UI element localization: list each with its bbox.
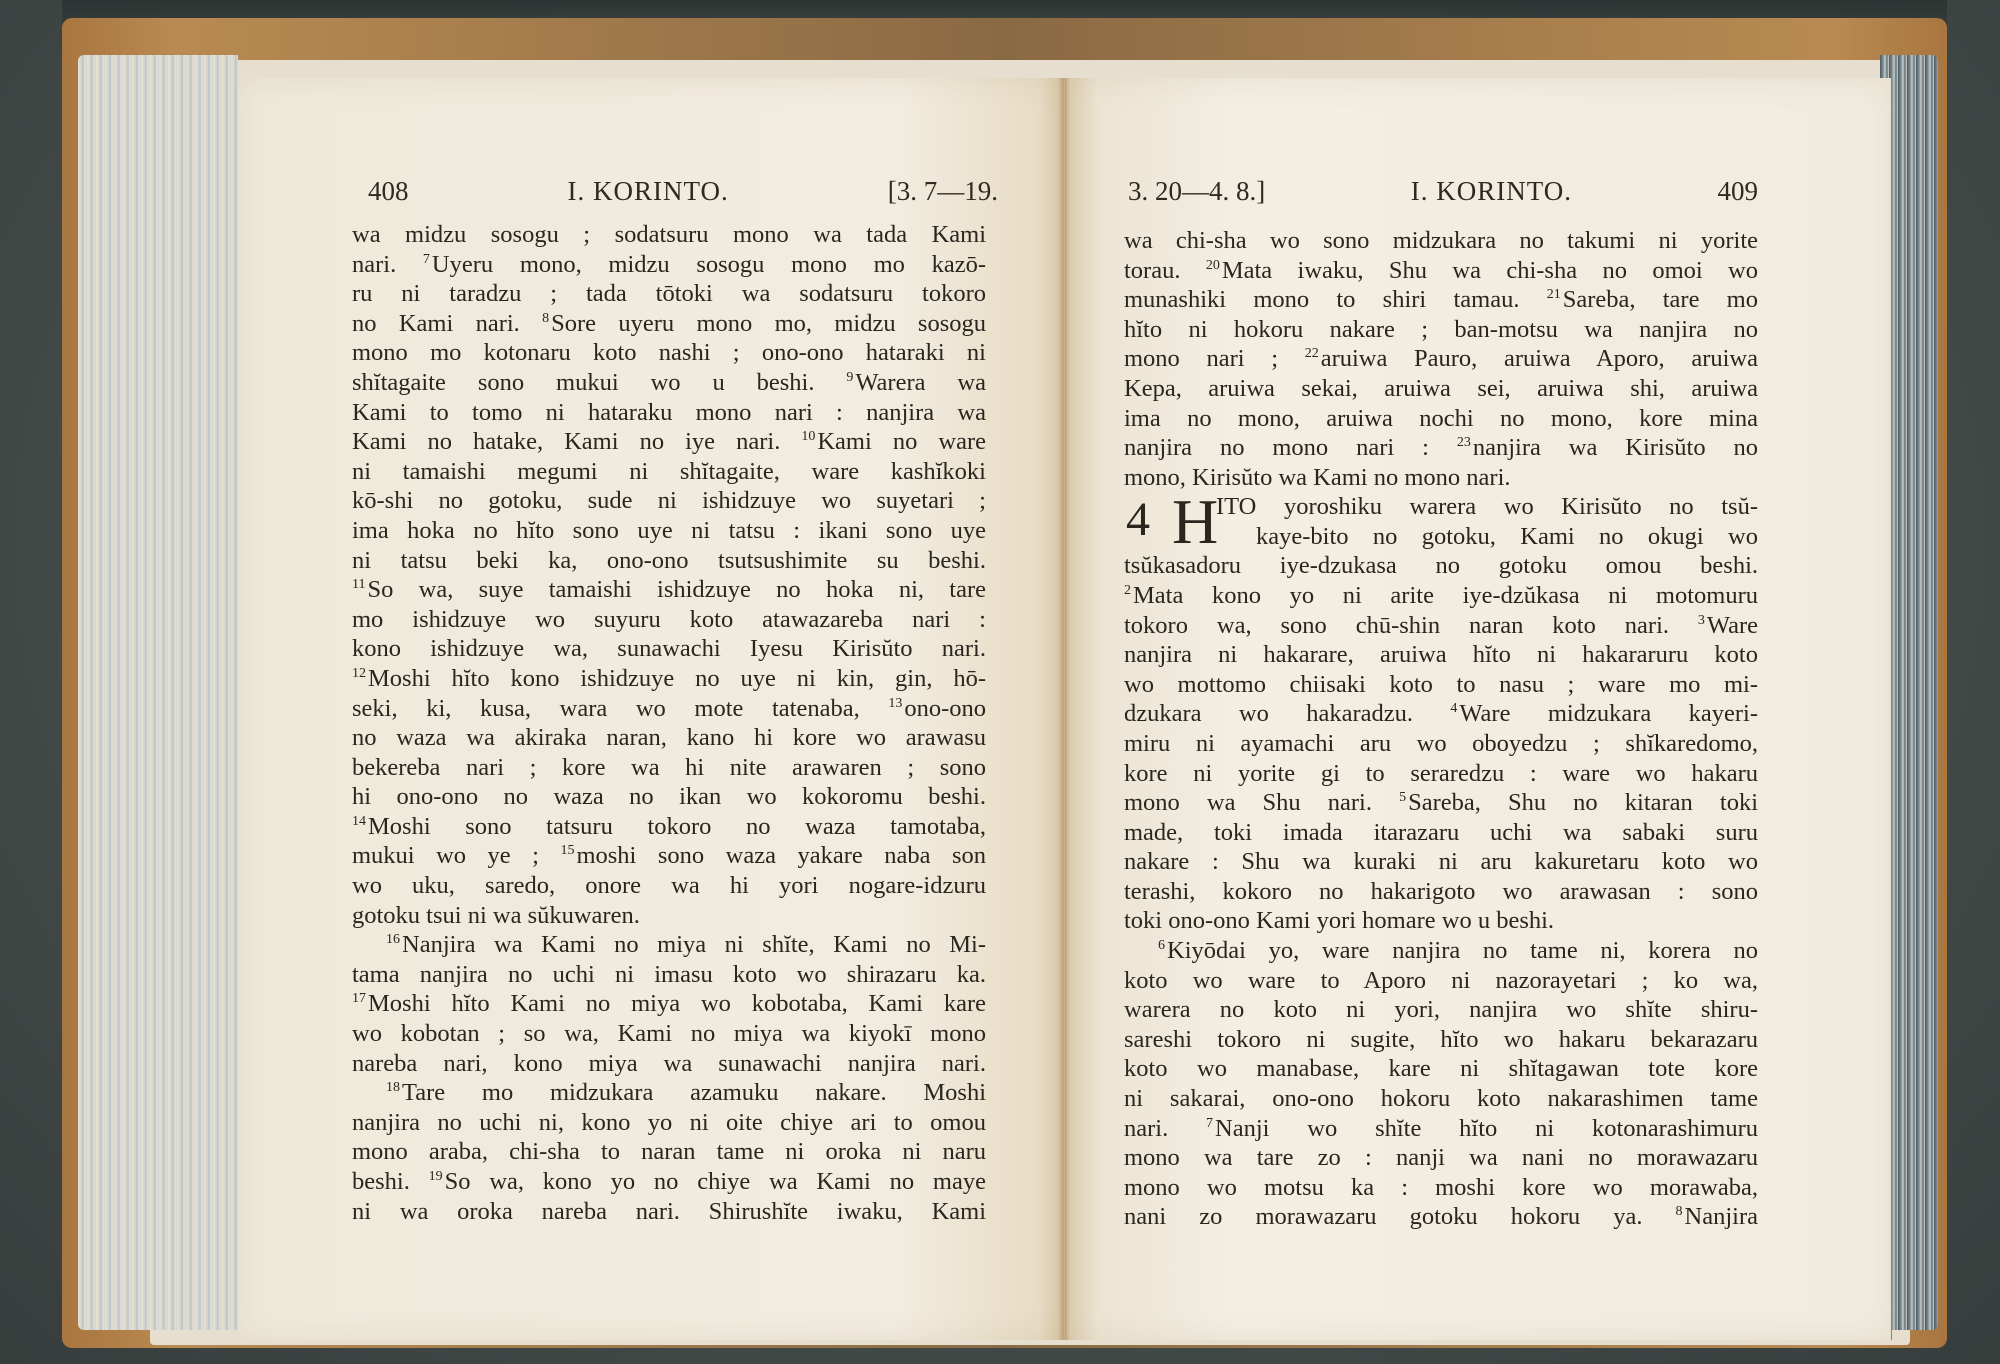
verse-number: 10: [801, 429, 815, 444]
drop-cap: H: [1172, 490, 1218, 554]
verse-number: 23: [1457, 435, 1471, 450]
text-line: Kami no hatake, Kami no iye nari. 10Kami…: [352, 427, 986, 457]
chapter-number: 4: [1126, 496, 1150, 544]
verse-number: 17: [352, 991, 366, 1006]
verse-number: 19: [429, 1169, 443, 1184]
text-line: nari. 7Uyeru mono, midzu sosogu mono mo …: [352, 250, 986, 280]
text-line: ni tamaishi megumi ni shĭtagaite, ware k…: [352, 457, 986, 487]
text-line: mono wo motsu ka : moshi kore wo morawab…: [1124, 1173, 1758, 1203]
verse-number: 9: [846, 370, 853, 385]
text-line: kō-shi no gotoku, sude ni ishidzuye wo s…: [352, 486, 986, 516]
text-line: no waza wa akiraka naran, kano hi kore w…: [352, 723, 986, 753]
text-line: tama nanjira no uchi ni imasu koto wo sh…: [352, 960, 986, 990]
running-title: I. KORINTO.: [1411, 176, 1572, 207]
text-line: hi ono-ono no waza no ikan wo kokoromu b…: [352, 782, 986, 812]
text-line: munashiki mono to shiri tamau. 21Sareba,…: [1124, 285, 1758, 315]
book-gutter: [1058, 78, 1070, 1340]
text-line: mono mo kotonaru koto nashi ; ono-ono ha…: [352, 338, 986, 368]
text-line: Kepa, aruiwa sekai, aruiwa sei, aruiwa s…: [1124, 374, 1758, 404]
text-line: 6Kiyōdai yo, ware nanjira no tame ni, ko…: [1124, 936, 1758, 966]
text-line: kore ni yorite gi to seraredzu : ware wo…: [1124, 759, 1758, 789]
text-line: 12Moshi hĭto kono ishidzuye no uye ni ki…: [352, 664, 986, 694]
text-line: nakare : Shu wa kuraki ni aru kakuretaru…: [1124, 847, 1758, 877]
text-line: 14Moshi sono tatsuru tokoro no waza tamo…: [352, 812, 986, 842]
text-line: Kami to tomo ni hataraku mono nari : nan…: [352, 398, 986, 428]
verse-number: 14: [352, 814, 366, 829]
verse-number: 3: [1698, 613, 1705, 628]
right-page-body: wa chi-sha wo sono midzukara no takumi n…: [1124, 226, 1758, 1232]
verse-number: 7: [423, 252, 430, 267]
verse-number: 13: [888, 696, 902, 711]
left-page-edges: [78, 55, 238, 1330]
text-line: sareshi tokoro ni sugite, hĭto wo hakaru…: [1124, 1025, 1758, 1055]
verse-number: 5: [1399, 790, 1406, 805]
text-line: shĭtagaite sono mukui wo u beshi. 9Warer…: [352, 368, 986, 398]
text-line: beshi. 19So wa, kono yo no chiye wa Kami…: [352, 1167, 986, 1197]
text-line: mono wa tare zo : nanji wa nani no moraw…: [1124, 1143, 1758, 1173]
verse-range: 3. 20—4. 8.]: [1128, 176, 1265, 207]
verse-number: 2: [1124, 583, 1131, 598]
text-line: ima hoka no hĭto sono uye ni tatsu : ika…: [352, 516, 986, 546]
text-line: nari. 7Nanji wo shĭte hĭto ni kotonarash…: [1124, 1114, 1758, 1144]
verse-number: 20: [1206, 258, 1220, 273]
verse-number: 8: [542, 311, 549, 326]
running-title: I. KORINTO.: [568, 176, 729, 207]
text-line: warera no koto ni yori, nanjira wo shĭte…: [1124, 995, 1758, 1025]
verse-number: 16: [386, 932, 400, 947]
text-line: mo ishidzuye wo suyuru koto atawazareba …: [352, 605, 986, 635]
chapter-start: 4 H ITO yoroshiku warera wo Kirisŭto no …: [1124, 492, 1758, 551]
text-line: 18Tare mo midzukara azamuku nakare. Mosh…: [352, 1078, 986, 1108]
text-line: gotoku tsui ni wa sŭkuwaren.: [352, 901, 986, 931]
text-line: made, toki imada itarazaru uchi wa sabak…: [1124, 818, 1758, 848]
verse-number: 6: [1158, 938, 1165, 953]
verse-number: 11: [352, 577, 365, 592]
text-line: mono nari ; 22aruiwa Pauro, aruiwa Aporo…: [1124, 344, 1758, 374]
text-line: 11So wa, suye tamaishi ishidzuye no hoka…: [352, 575, 986, 605]
text-line: dzukara wo hakaradzu. 4Ware midzukara ka…: [1124, 699, 1758, 729]
text-line: wo mottomo chiisaki koto to nasu ; ware …: [1124, 670, 1758, 700]
text-line: torau. 20Mata iwaku, Shu wa chi-sha no o…: [1124, 256, 1758, 286]
verse-number: 18: [386, 1080, 400, 1095]
verse-number: 22: [1305, 346, 1319, 361]
text-line: 17Moshi hĭto Kami no miya wo kobotaba, K…: [352, 989, 986, 1019]
text-line: 16Nanjira wa Kami no miya ni shĭte, Kami…: [352, 930, 986, 960]
page-number: 408: [368, 176, 409, 207]
text-line: ni tatsu beki ka, ono-ono tsutsushimite …: [352, 546, 986, 576]
verse-number: 8: [1676, 1204, 1683, 1219]
text-line: koto wo ware to Aporo ni nazorayetari ; …: [1124, 966, 1758, 996]
right-page-header: 3. 20—4. 8.] I. KORINTO. 409: [1128, 176, 1758, 207]
text-line: ru ni taradzu ; tada tōtoki wa sodatsuru…: [352, 279, 986, 309]
text-line: nanjira ni hakarare, aruiwa hĭto ni haka…: [1124, 640, 1758, 670]
text-line: nanjira no uchi ni, kono yo ni oite chiy…: [352, 1108, 986, 1138]
text-line: seki, ki, kusa, wara wo mote tatenaba, 1…: [352, 694, 986, 724]
text-line: tokoro wa, sono chū-shin naran koto nari…: [1124, 611, 1758, 641]
verse-range: [3. 7—19.: [888, 176, 998, 207]
text-line: kono ishidzuye wa, sunawachi Iyesu Kiris…: [352, 634, 986, 664]
text-line: mukui wo ye ; 15moshi sono waza yakare n…: [352, 841, 986, 871]
text-line: mono araba, chi-sha to naran tame ni oro…: [352, 1137, 986, 1167]
text-line: nani zo morawazaru gotoku hokoru ya. 8Na…: [1124, 1202, 1758, 1232]
text-line: toki ono-ono Kami yori homare wo u beshi…: [1124, 906, 1758, 936]
text-line: miru ni ayamachi aru wo oboyedzu ; shĭka…: [1124, 729, 1758, 759]
text-line: ni wa oroka nareba nari. Shirushĭte iwak…: [352, 1197, 986, 1227]
text-line: bekereba nari ; kore wa hi nite arawaren…: [352, 753, 986, 783]
text-line: wo kobotan ; so wa, Kami no miya wa kiyo…: [352, 1019, 986, 1049]
page-number: 409: [1718, 176, 1759, 207]
text-line: tsŭkasadoru iye-dzukasa no gotoku omou b…: [1124, 551, 1758, 581]
verse-number: 4: [1450, 701, 1457, 716]
verse-number: 7: [1206, 1116, 1213, 1131]
text-line: nareba nari, kono miya wa sunawachi nanj…: [352, 1049, 986, 1079]
text-after-chapter: tsŭkasadoru iye-dzukasa no gotoku omou b…: [1124, 551, 1758, 1232]
text-line: ima no mono, aruiwa nochi no mono, kore …: [1124, 404, 1758, 434]
text-line: wa chi-sha wo sono midzukara no takumi n…: [1124, 226, 1758, 256]
text-line: terashi, kokoro no hakarigoto wo arawasa…: [1124, 877, 1758, 907]
text-line: koto wo manabase, kare ni shĭtagawan tot…: [1124, 1054, 1758, 1084]
verse-number: 21: [1547, 287, 1561, 302]
text-line: 2Mata kono yo ni arite iye-dzŭkasa ni mo…: [1124, 581, 1758, 611]
text-line: hĭto ni hokoru nakare ; ban-motsu wa nan…: [1124, 315, 1758, 345]
text-line: wo uku, saredo, onore wa hi yori nogare-…: [352, 871, 986, 901]
text-before-chapter: wa chi-sha wo sono midzukara no takumi n…: [1124, 226, 1758, 492]
left-page-header: 408 I. KORINTO. [3. 7—19.: [368, 176, 998, 207]
text-line: mono, Kirisŭto wa Kami no mono nari.: [1124, 463, 1758, 493]
left-page-body: wa midzu sosogu ; sodatsuru mono wa tada…: [352, 220, 986, 1226]
text-line: wa midzu sosogu ; sodatsuru mono wa tada…: [352, 220, 986, 250]
text-line: kaye-bito no gotoku, Kami no okugi wo: [1256, 522, 1758, 552]
text-line: ni sakarai, ono-ono hokoru koto nakarash…: [1124, 1084, 1758, 1114]
text-line: nanjira no mono nari : 23nanjira wa Kiri…: [1124, 433, 1758, 463]
text-line: mono wa Shu nari. 5Sareba, Shu no kitara…: [1124, 788, 1758, 818]
verse-number: 12: [352, 666, 366, 681]
verse-number: 15: [560, 843, 574, 858]
text-line: no Kami nari. 8Sore uyeru mono mo, midzu…: [352, 309, 986, 339]
text-line: ITO yoroshiku warera wo Kirisŭto no tsŭ-: [1216, 492, 1758, 522]
